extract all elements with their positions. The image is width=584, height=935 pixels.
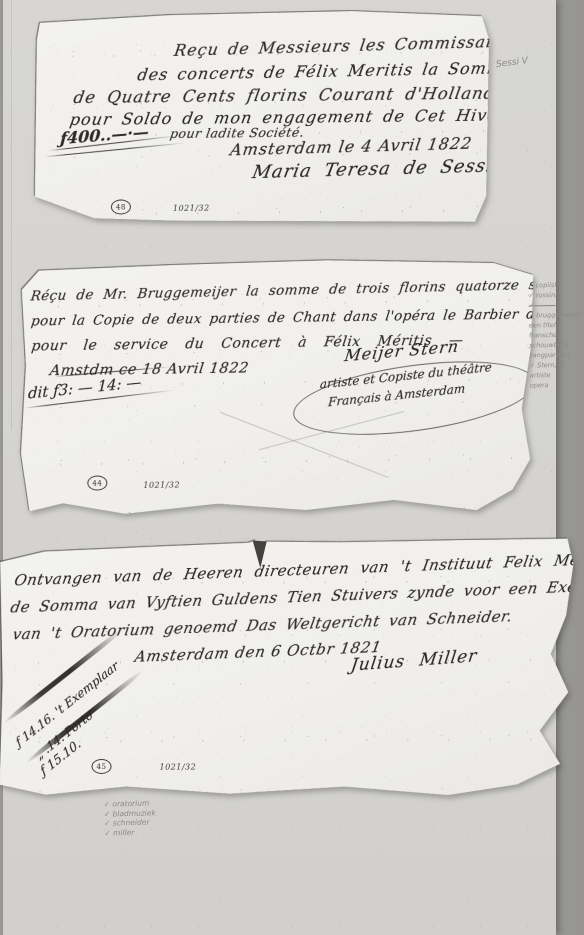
receipt-stern-paper: Réçu de Mr. Bruggemeijer la somme de tro… (18, 257, 538, 516)
pencil-checklist-middle: ✓ copiist ✓ rossini ✓ ——— ✓ bruggemeyer … (528, 280, 584, 391)
pencil-checklist-bottom: ✓ oratorium ✓ bladmuziek ✓ schneider ✓ m… (104, 798, 157, 837)
folio-number: 1021/32 (159, 762, 196, 771)
pencil-checklist-item: fransche schouwburg (529, 330, 583, 351)
amount-block: ƒ 14.16. 't Exemplaar „ .14. Porto ƒ 15.… (3, 652, 214, 797)
pencil-checklist-item: ✓ miller (104, 827, 156, 838)
receipt-line: Réçu de Mr. Bruggemeijer la somme de tro… (30, 276, 582, 305)
pencil-checklist-item: opera (530, 380, 584, 391)
receipt-line: de Quatre Cents florins Courant d'Hollan… (72, 83, 508, 107)
signature: Maria Teresa de Sessi (251, 155, 495, 183)
album-page: Reçu de Messieurs les Commissaires des c… (3, 0, 556, 935)
receipt-stern: Réçu de Mr. Bruggemeijer la somme de tro… (18, 257, 538, 516)
torn-paper-flap (251, 541, 266, 569)
receipt-muller-paper: Ontvangen van de Heeren directeuren van … (0, 538, 575, 797)
receipt-sessi-paper: Reçu de Messieurs les Commissaires des c… (33, 10, 491, 227)
stamp-number: 44 (87, 475, 107, 490)
folio-number: 1021/32 (143, 480, 180, 490)
receipt-line: Reçu de Messieurs les Commissaires (173, 31, 522, 60)
pencil-checklist-item: ✓ schneider (104, 817, 156, 828)
date-line: Amstdm ce 18 Avril 1822 (49, 360, 250, 379)
stamp-number: 45 (91, 759, 111, 774)
folio-number: 1021/32 (173, 204, 210, 213)
receipt-line: des concerts de Félix Meritis la Somme (136, 58, 515, 84)
receipt-line: pour la Copie de deux parties de Chant d… (30, 305, 584, 329)
receipt-sessi: Reçu de Messieurs les Commissaires des c… (33, 10, 491, 227)
scanned-archive-page: Reçu de Messieurs les Commissaires des c… (0, 0, 584, 935)
page-crease (11, 0, 12, 430)
stamp-number: 48 (111, 199, 131, 214)
pencil-checklist-item: ✓ bruggemeyer (529, 310, 583, 321)
receipt-muller: Ontvangen van de Heeren directeuren van … (0, 538, 575, 797)
